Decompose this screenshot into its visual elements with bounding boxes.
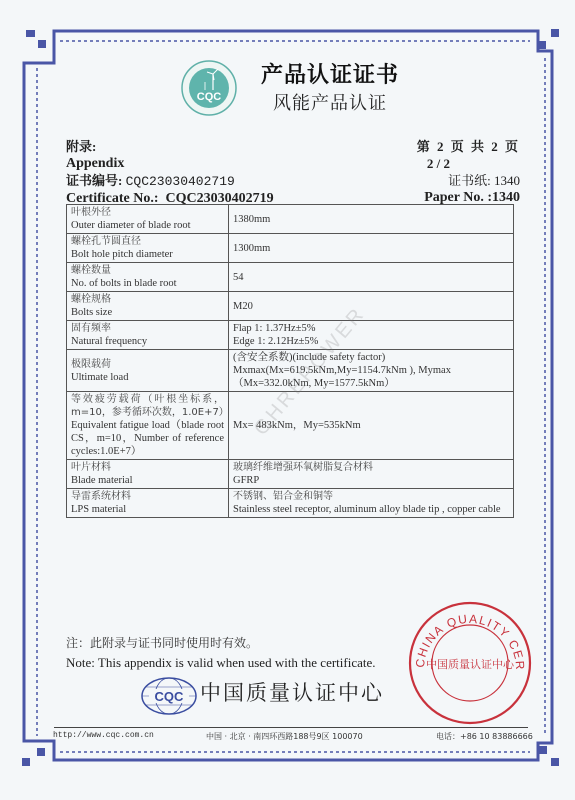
- certificate-title: 产品认证证书: [261, 58, 399, 89]
- paper-no-zh: 证书纸: 1340: [417, 172, 520, 189]
- svg-text:中国质量认证中心: 中国质量认证中心: [426, 657, 515, 671]
- cqc-wind-energy-logo-icon: CQC: [181, 60, 237, 116]
- row-label-zh: 螺栓孔节圆直径: [71, 235, 224, 248]
- footer-address: 中国 · 北京 · 南四环西路188号9区 100070: [206, 731, 363, 742]
- row-value-line: Edge 1: 2.12Hz±5%: [233, 335, 509, 348]
- row-value: 玻璃纤维增强环氧树脂复合材料GFRP: [229, 460, 514, 489]
- cert-no-zh-label: 证书编号:: [66, 173, 122, 188]
- row-label-zh: 螺栓数量: [71, 264, 224, 277]
- row-label-zh: 叶根外径: [71, 206, 224, 219]
- row-label-en: LPS material: [71, 503, 224, 516]
- row-label: 螺栓孔节圆直径Bolt hole pitch diameter: [67, 234, 229, 263]
- note-zh: 注：此附录与证书同时使用时有效。: [66, 634, 258, 651]
- footer-phone: 电话：+86 10 83886666: [436, 731, 533, 742]
- row-value-line: Stainless steel receptor, aluminum alloy…: [233, 503, 509, 516]
- row-label-zh: 叶片材料: [71, 461, 224, 474]
- appendix-label-zh: 附录:: [66, 138, 274, 155]
- row-value-line: (含安全系数)(include safety factor): [233, 351, 509, 364]
- row-value: 1300mm: [229, 234, 514, 263]
- paper-no-en-value: 1340: [492, 190, 520, 205]
- table-row: 叶根外径Outer diameter of blade root1380mm: [67, 205, 514, 234]
- row-label-en: Equivalent fatigue load（blade root CS，m=…: [71, 419, 224, 458]
- row-label-en: Bolts size: [71, 306, 224, 319]
- row-value-line: GFRP: [233, 474, 509, 487]
- row-label: 极限载荷Ultimate load: [67, 350, 229, 392]
- row-label: 螺栓规格Bolts size: [67, 292, 229, 321]
- row-label-en: Ultimate load: [71, 371, 224, 384]
- certificate-meta-right: 第 2 页 共 2 页 2 / 2 证书纸: 1340 Paper No. :1…: [417, 138, 520, 206]
- table-row: 螺栓孔节圆直径Bolt hole pitch diameter1300mm: [67, 234, 514, 263]
- row-value-line: 54: [233, 271, 509, 284]
- cqc-globe-logo-icon: CQC: [140, 676, 198, 716]
- row-value: M20: [229, 292, 514, 321]
- row-value-line: 玻璃纤维增强环氧树脂复合材料: [233, 461, 509, 474]
- row-label-zh: 等效疲劳载荷（叶根坐标系，m=10，参考循环次数，1.0E+7）: [71, 393, 224, 419]
- row-label-zh: 导雷系统材料: [71, 490, 224, 503]
- row-value-line: 不锈钢、铝合金和铜等: [233, 490, 509, 503]
- cert-no-zh: 证书编号: CQC23030402719: [66, 172, 274, 190]
- footer-website-link[interactable]: http://www.cqc.com.cn: [53, 731, 154, 740]
- footer-divider: [54, 727, 528, 728]
- row-label-zh: 极限载荷: [71, 358, 224, 371]
- table-row: 螺栓规格Bolts sizeM20: [67, 292, 514, 321]
- page-number: 2 / 2: [417, 155, 450, 172]
- row-value: 1380mm: [229, 205, 514, 234]
- cert-no-zh-value: CQC23030402719: [126, 174, 235, 189]
- row-label-en: No. of bolts in blade root: [71, 277, 224, 290]
- row-value-line: Flap 1: 1.37Hz±5%: [233, 322, 509, 335]
- row-label-en: Bolt hole pitch diameter: [71, 248, 224, 261]
- row-label-en: Blade material: [71, 474, 224, 487]
- row-value: Flap 1: 1.37Hz±5%Edge 1: 2.12Hz±5%: [229, 321, 514, 350]
- row-value: 54: [229, 263, 514, 292]
- table-row: 叶片材料Blade material玻璃纤维增强环氧树脂复合材料GFRP: [67, 460, 514, 489]
- row-label: 等效疲劳载荷（叶根坐标系，m=10，参考循环次数，1.0E+7）Equivale…: [67, 392, 229, 460]
- row-value-line: 1300mm: [233, 242, 509, 255]
- table-row: 导雷系统材料LPS material不锈钢、铝合金和铜等Stainless st…: [67, 489, 514, 518]
- certificate-meta-left: 附录: Appendix 证书编号: CQC23030402719 Certif…: [66, 138, 274, 207]
- row-value-line: （Mx=332.0kNm, My=1577.5kNm）: [233, 377, 509, 390]
- row-value-line: 1380mm: [233, 213, 509, 226]
- table-row: 螺栓数量No. of bolts in blade root54: [67, 263, 514, 292]
- row-label: 固有频率Natural frequency: [67, 321, 229, 350]
- paper-no-zh-value: 1340: [494, 173, 520, 188]
- official-seal-icon: CHINA QUALITY CERTIFICATION CENTRE 中国质量认…: [404, 598, 536, 728]
- svg-text:CQC: CQC: [197, 91, 222, 103]
- row-label-en: Natural frequency: [71, 335, 224, 348]
- table-row: 固有频率Natural frequencyFlap 1: 1.37Hz±5%Ed…: [67, 321, 514, 350]
- row-value: (含安全系数)(include safety factor)Mxmax(Mx=6…: [229, 350, 514, 392]
- row-value: 不锈钢、铝合金和铜等Stainless steel receptor, alum…: [229, 489, 514, 518]
- note-en: Note: This appendix is valid when used w…: [66, 655, 376, 671]
- svg-text:CQC: CQC: [155, 689, 185, 704]
- row-label: 螺栓数量No. of bolts in blade root: [67, 263, 229, 292]
- appendix-label-en: Appendix: [66, 155, 274, 172]
- page-indicator-zh: 第 2 页 共 2 页: [417, 138, 520, 155]
- row-label: 叶片材料Blade material: [67, 460, 229, 489]
- row-label-zh: 螺栓规格: [71, 293, 224, 306]
- organization-name: 中国质量认证中心: [200, 677, 384, 707]
- certificate-subtitle: 风能产品认证: [273, 89, 387, 115]
- paper-no-en-label: Paper No. :: [424, 190, 492, 205]
- row-label-zh: 固有频率: [71, 322, 224, 335]
- paper-no-zh-label: 证书纸:: [448, 173, 491, 188]
- row-label: 导雷系统材料LPS material: [67, 489, 229, 518]
- specification-table: 叶根外径Outer diameter of blade root1380mm螺栓…: [66, 204, 514, 518]
- row-label-en: Outer diameter of blade root: [71, 219, 224, 232]
- row-value-line: Mxmax(Mx=619.5kNm,My=1154.7kNm ), Mymax: [233, 364, 509, 377]
- row-label: 叶根外径Outer diameter of blade root: [67, 205, 229, 234]
- row-value-line: M20: [233, 300, 509, 313]
